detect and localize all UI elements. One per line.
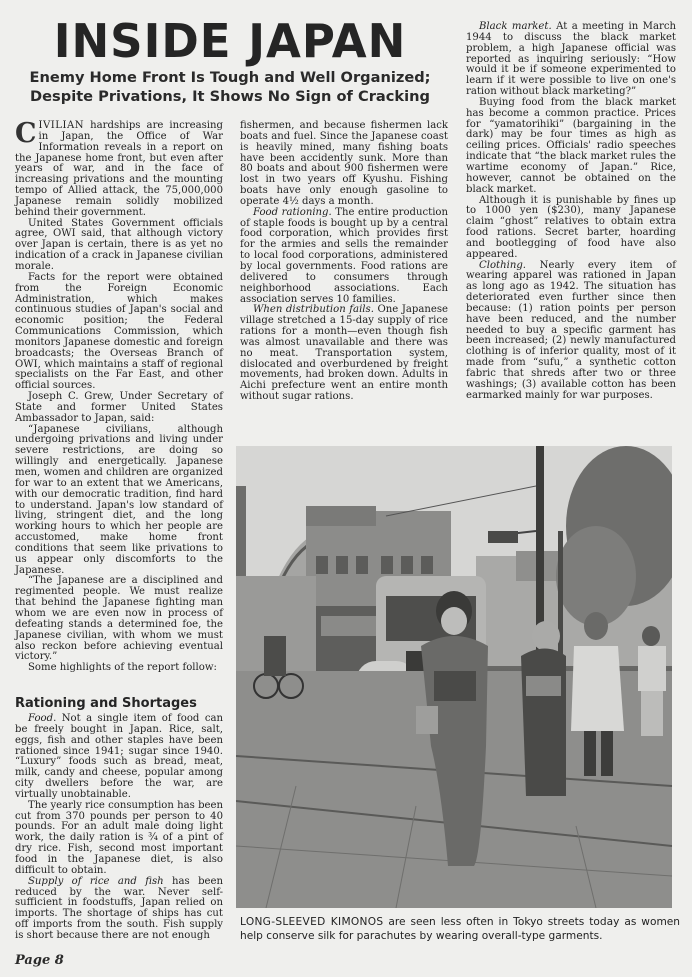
subheadline-line-1: Enemy Home Front Is Tough and Well Organ… <box>0 68 460 87</box>
subheadline: Enemy Home Front Is Tough and Well Organ… <box>0 68 460 106</box>
paragraph-supply: Supply of rice and fish has been reduced… <box>15 877 223 942</box>
quote-paragraph: “Japanese civilians, although undergoing… <box>15 425 223 577</box>
paragraph: Joseph C. Grew, Under Secretary of State… <box>15 392 223 425</box>
headline: INSIDE JAPAN <box>5 18 456 64</box>
paragraph-clothing: Clothing. Nearly every item of wearing a… <box>466 261 676 402</box>
paragraph: Although it is punishable by fines up to… <box>466 196 676 261</box>
drop-cap: C <box>15 123 37 145</box>
page-number: Page 8 <box>15 953 64 968</box>
intro-paragraph: CIVILIAN hardships are increasing in Jap… <box>15 121 223 219</box>
column-2: fishermen, and because fishermen lack bo… <box>240 121 448 403</box>
column-1-lower: Food. Not a single item of food can be f… <box>15 714 223 942</box>
paragraph: Facts for the report were obtained from … <box>15 273 223 392</box>
caption-lead: LONG-SLEEVED KIMONOS <box>240 916 383 928</box>
paragraph: fishermen, and because fishermen lack bo… <box>240 121 448 208</box>
paragraph-food-rationing: Food rationing. The entire production of… <box>240 208 448 306</box>
street-photo <box>236 446 672 908</box>
paragraph-distribution: When distribution fails. One Japanese vi… <box>240 305 448 403</box>
column-3: Black market. At a meeting in March 1944… <box>466 22 676 402</box>
magazine-page: INSIDE JAPAN Enemy Home Front Is Tough a… <box>0 0 692 977</box>
section-heading: Rationing and Shortages <box>15 696 197 711</box>
paragraph: Buying food from the black market has be… <box>466 98 676 196</box>
photo-caption: LONG-SLEEVED KIMONOS are seen less often… <box>240 916 680 943</box>
subheadline-line-2: Despite Privations, It Shows No Sign of … <box>0 87 460 106</box>
paragraph: Some highlights of the report follow: <box>15 663 223 674</box>
paragraph: United States Government officials agree… <box>15 219 223 273</box>
column-1: CIVILIAN hardships are increasing in Jap… <box>15 121 223 674</box>
paragraph-black-market: Black market. At a meeting in March 1944… <box>466 22 676 98</box>
lead-caps: IVILIAN <box>39 120 85 131</box>
street-scene-illustration <box>236 446 672 908</box>
paragraph: The yearly rice consumption has been cut… <box>15 801 223 877</box>
paragraph-food: Food. Not a single item of food can be f… <box>15 714 223 801</box>
quote-paragraph: “The Japanese are a disciplined and regi… <box>15 576 223 663</box>
